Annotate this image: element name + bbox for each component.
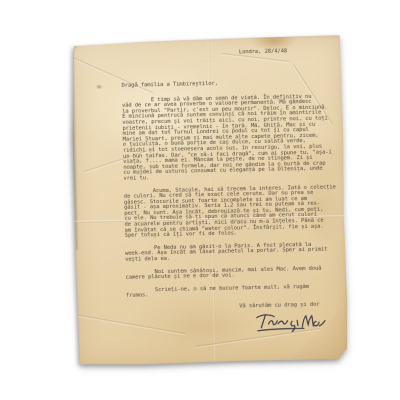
stain: [96, 84, 103, 89]
dateline: Londra, 28/4/48: [239, 48, 287, 55]
paper-sheet: Londra, 28/4/48 Dragă familia a Timbireș…: [71, 35, 349, 367]
paragraph-4: Noi suntem sănătoși, muncim, mai ales Ma…: [125, 266, 341, 282]
salutation: Dragă familia a Timbireștilor,: [122, 79, 338, 89]
paragraph-2: Acuma, Stacule, hai să trecem la interes…: [124, 185, 341, 240]
handwritten-signature: Tavi și Mac: [253, 309, 342, 333]
paragraph-1: E timp să vă dăm un semn de viață. În de…: [122, 94, 340, 182]
paper-corner-fold: [71, 41, 83, 51]
paragraph-5: Scrieți-ne, o să ne bucure foarte mult, …: [126, 284, 342, 300]
letter-body: Dragă familia a Timbireștilor, E timp să…: [122, 79, 343, 335]
letter-photo: Londra, 28/4/48 Dragă familia a Timbireș…: [0, 0, 400, 400]
letter-paper: Londra, 28/4/48 Dragă familia a Timbireș…: [71, 35, 349, 367]
paper-left-edge-shadow: [71, 41, 79, 250]
paragraph-3: Pe Neda nu am găsit-o la Paris. A fost p…: [125, 242, 341, 263]
